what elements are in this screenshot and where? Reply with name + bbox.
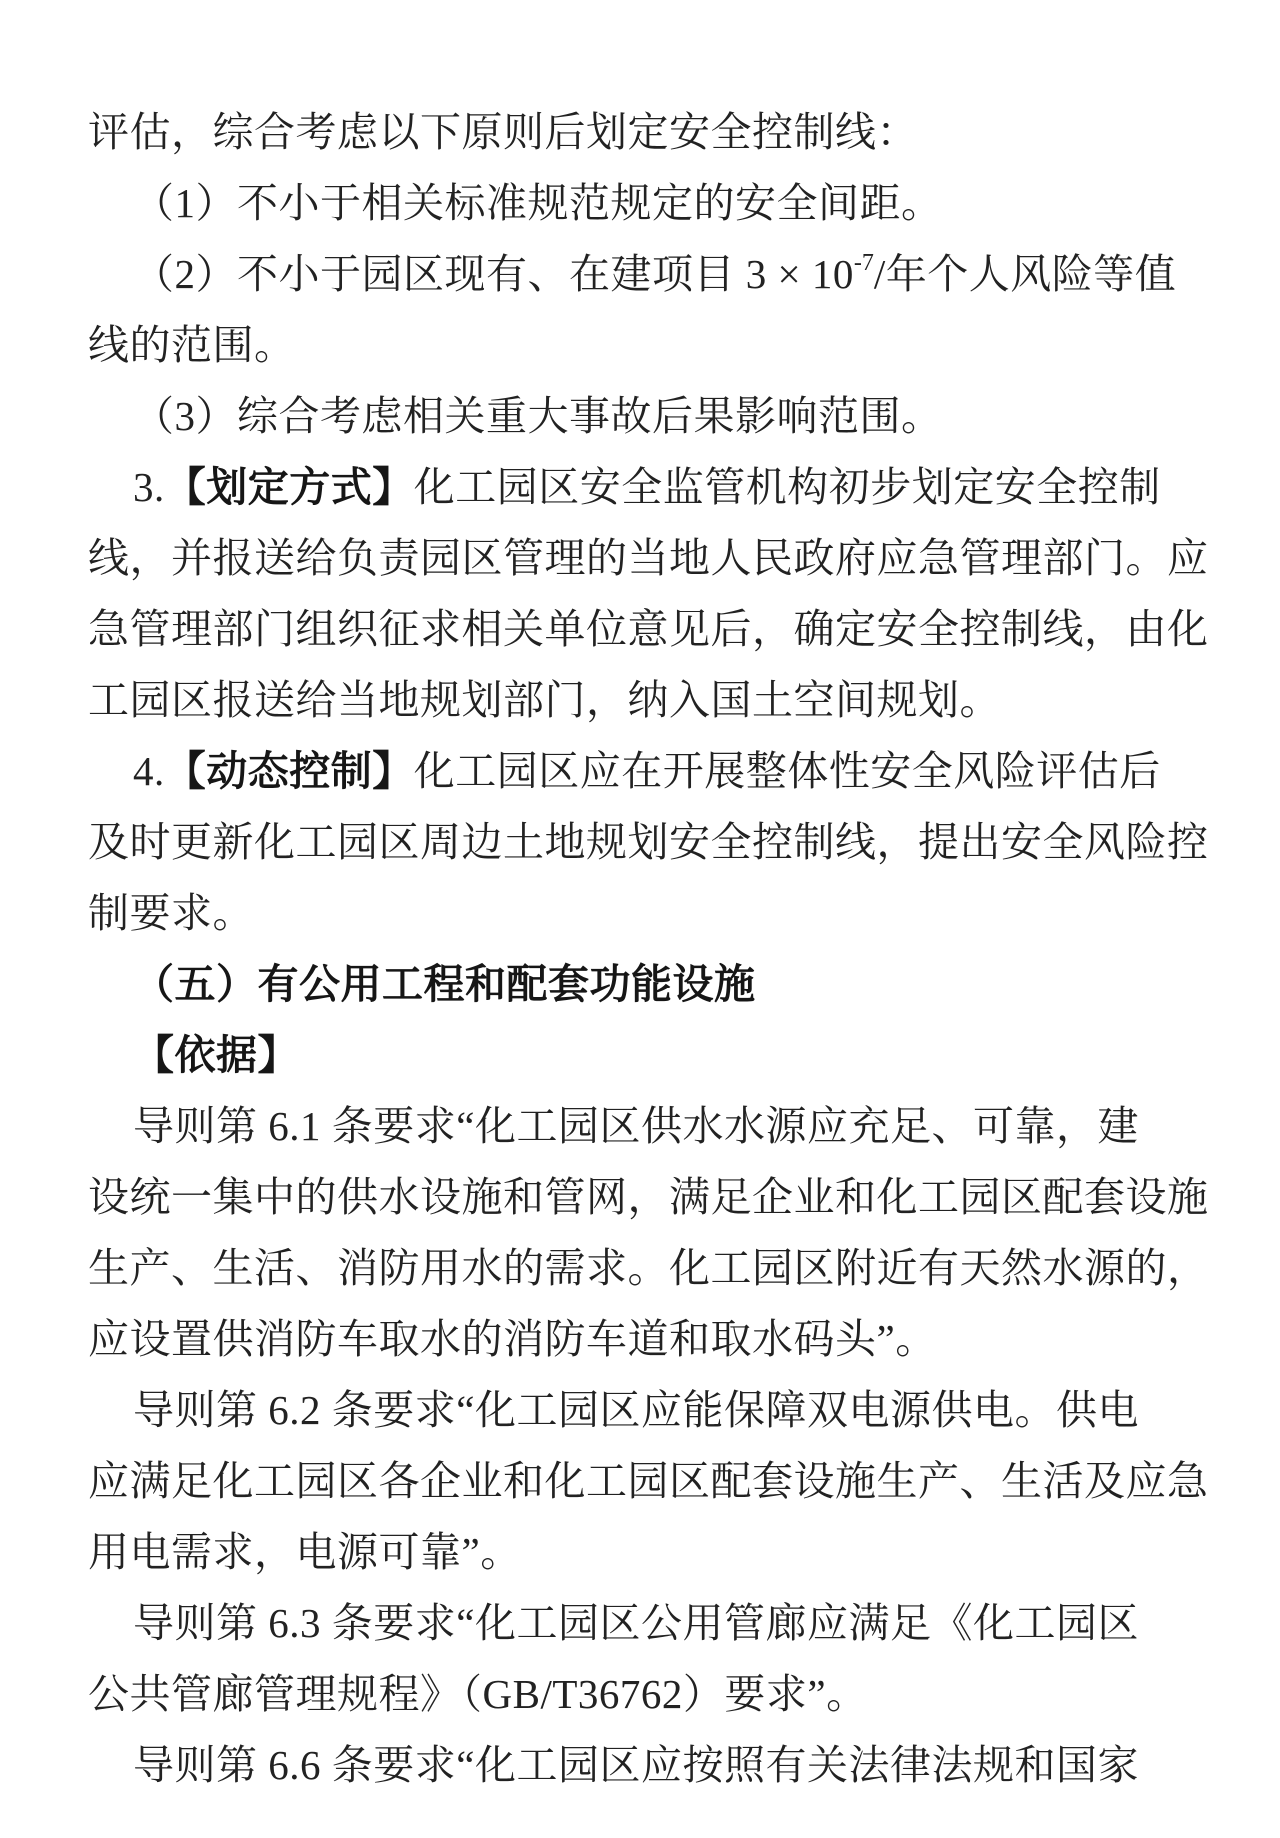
text-segment: 导则第 <box>133 1103 268 1149</box>
text-line: 应设置供消防车取水的消防车道和取水码头”。 <box>88 1304 1206 1375</box>
document-page: 评估，综合考虑以下原则后划定安全控制线：（1）不小于相关标准规范规定的安全间距。… <box>0 0 1280 1838</box>
text-line: （2）不小于园区现有、在建项目 3 × 10-7/年个人风险等值 <box>88 239 1206 310</box>
text-line: 用电需求，电源可靠”。 <box>88 1517 1206 1588</box>
bold-text: 【划定方式】 <box>165 464 414 510</box>
bold-text: （五）有公用工程和配套功能设施 <box>133 961 756 1007</box>
text-line: 公共管廊管理规程》（GB/T36762）要求”。 <box>88 1659 1206 1730</box>
bold-text: 【依据】 <box>133 1032 299 1078</box>
text-segment: 急管理部门组织征求相关单位意见后，确定安全控制线，由化 <box>88 606 1209 652</box>
text-segment: 生产、生活、消防用水的需求。化工园区附近有天然水源的， <box>88 1245 1209 1291</box>
text-segment: 应满足化工园区各企业和化工园区配套设施生产、生活及应急 <box>88 1458 1209 1504</box>
text-segment: ）要求”。 <box>683 1671 868 1717</box>
text-line: 应满足化工园区各企业和化工园区配套设施生产、生活及应急 <box>88 1446 1206 1517</box>
text-segment: 6.3 <box>268 1600 321 1646</box>
text-segment: 用电需求，电源可靠”。 <box>88 1529 522 1575</box>
text-segment: 线的范围。 <box>88 322 296 368</box>
text-line: （五）有公用工程和配套功能设施 <box>88 949 1206 1020</box>
text-line: 导则第 6.6 条要求“化工园区应按照有关法律法规和国家 <box>88 1730 1206 1801</box>
text-line: 导则第 6.3 条要求“化工园区公用管廊应满足《化工园区 <box>88 1588 1206 1659</box>
text-segment: 工园区报送给当地规划部门，纳入国土空间规划。 <box>88 677 1001 723</box>
text-segment: 导则第 <box>133 1600 268 1646</box>
text-segment: （3）综合考虑相关重大事故后果影响范围。 <box>133 393 943 439</box>
text-segment: （1）不小于相关标准规范规定的安全间距。 <box>133 180 943 226</box>
text-line: 工园区报送给当地规划部门，纳入国土空间规划。 <box>88 665 1206 736</box>
text-segment: 公共管廊管理规程》（ <box>88 1671 483 1717</box>
text-segment: 条要求“化工园区供水水源应充足、可靠，建 <box>321 1103 1139 1149</box>
text-segment: 制要求。 <box>88 890 254 936</box>
text-segment: 4. <box>133 748 165 794</box>
text-line: 及时更新化工园区周边土地规划安全控制线，提出安全风险控 <box>88 807 1206 878</box>
text-line: 生产、生活、消防用水的需求。化工园区附近有天然水源的， <box>88 1233 1206 1304</box>
bold-text: 【动态控制】 <box>165 748 414 794</box>
text-segment: 6.6 <box>268 1742 321 1788</box>
text-segment: 3 × 10 <box>746 251 854 297</box>
text-line: 线，并报送给负责园区管理的当地人民政府应急管理部门。应 <box>88 523 1206 594</box>
text-line: 4.【动态控制】化工园区应在开展整体性安全风险评估后 <box>88 736 1206 807</box>
text-line: 导则第 6.1 条要求“化工园区供水水源应充足、可靠，建 <box>88 1091 1206 1162</box>
text-line: 导则第 6.2 条要求“化工园区应能保障双电源供电。供电 <box>88 1375 1206 1446</box>
text-line: （1）不小于相关标准规范规定的安全间距。 <box>88 168 1206 239</box>
text-line: （3）综合考虑相关重大事故后果影响范围。 <box>88 381 1206 452</box>
text-segment: 设统一集中的供水设施和管网，满足企业和化工园区配套设施 <box>88 1174 1209 1220</box>
text-segment: /年个人风险等值 <box>874 251 1176 297</box>
text-segment: 及时更新化工园区周边土地规划安全控制线，提出安全风险控 <box>88 819 1209 865</box>
text-segment: 应设置供消防车取水的消防车道和取水码头”。 <box>88 1316 937 1362</box>
text-line: 制要求。 <box>88 878 1206 949</box>
text-segment: 条要求“化工园区公用管廊应满足《化工园区 <box>321 1600 1139 1646</box>
text-segment: 条要求“化工园区应能保障双电源供电。供电 <box>321 1387 1139 1433</box>
text-segment: 6.2 <box>268 1387 321 1433</box>
text-line: 线的范围。 <box>88 310 1206 381</box>
superscript-text: -7 <box>854 250 874 276</box>
text-segment: 6.1 <box>268 1103 321 1149</box>
text-line: 设统一集中的供水设施和管网，满足企业和化工园区配套设施 <box>88 1162 1206 1233</box>
text-segment: 化工园区安全监管机构初步划定安全控制 <box>414 464 1161 510</box>
text-segment: 3. <box>133 464 165 510</box>
text-segment: 导则第 <box>133 1387 268 1433</box>
text-segment: GB/T36762 <box>483 1671 683 1717</box>
text-segment: （2）不小于园区现有、在建项目 <box>133 251 746 297</box>
text-segment: 线，并报送给负责园区管理的当地人民政府应急管理部门。应 <box>88 535 1209 581</box>
text-line: 3.【划定方式】化工园区安全监管机构初步划定安全控制 <box>88 452 1206 523</box>
document-text-block: 评估，综合考虑以下原则后划定安全控制线：（1）不小于相关标准规范规定的安全间距。… <box>88 97 1206 1801</box>
text-line: 急管理部门组织征求相关单位意见后，确定安全控制线，由化 <box>88 594 1206 665</box>
text-segment: 导则第 <box>133 1742 268 1788</box>
text-segment: 评估，综合考虑以下原则后划定安全控制线： <box>88 109 918 155</box>
text-segment: 化工园区应在开展整体性安全风险评估后 <box>414 748 1161 794</box>
text-segment: 条要求“化工园区应按照有关法律法规和国家 <box>321 1742 1139 1788</box>
text-line: 【依据】 <box>88 1020 1206 1091</box>
text-line: 评估，综合考虑以下原则后划定安全控制线： <box>88 97 1206 168</box>
